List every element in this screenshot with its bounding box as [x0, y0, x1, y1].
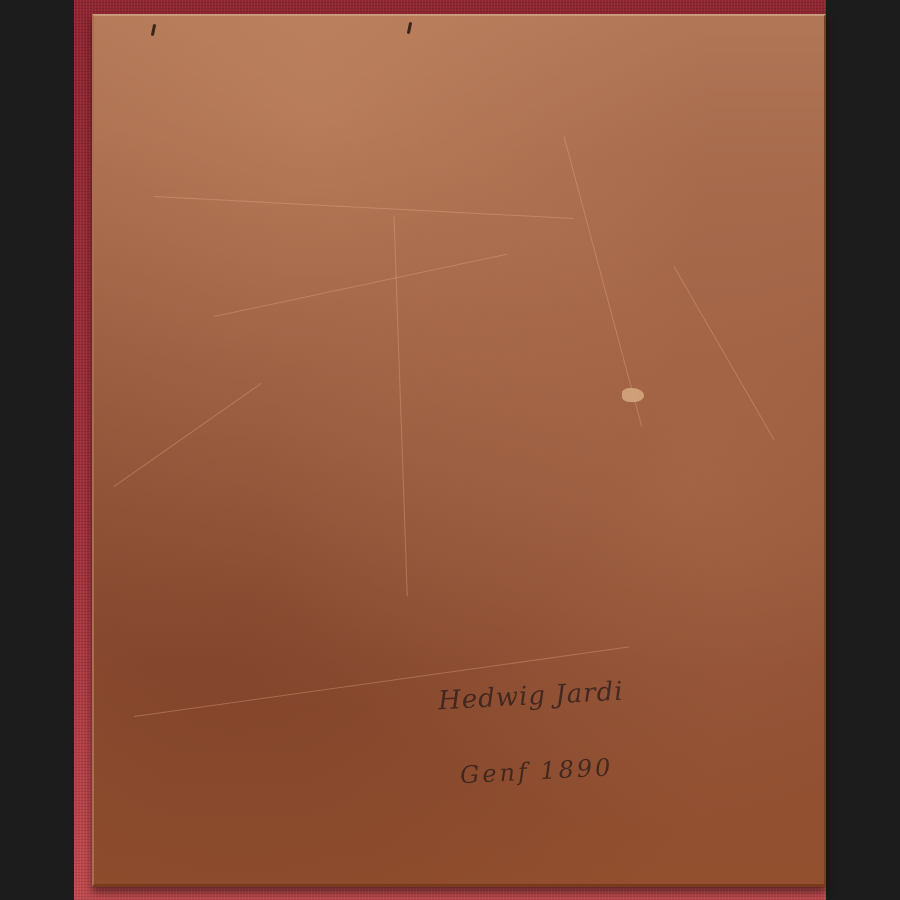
paint-chip	[622, 388, 644, 402]
scratch	[394, 216, 408, 596]
scratch	[214, 254, 508, 317]
pencil-mark	[151, 24, 156, 36]
pencil-inscription: Hedwig Jardi Genf 1890	[437, 674, 682, 790]
pencil-mark	[407, 22, 412, 34]
scratch	[154, 196, 573, 219]
scratch	[114, 383, 262, 487]
scratch	[564, 136, 643, 426]
scratch	[674, 266, 775, 440]
